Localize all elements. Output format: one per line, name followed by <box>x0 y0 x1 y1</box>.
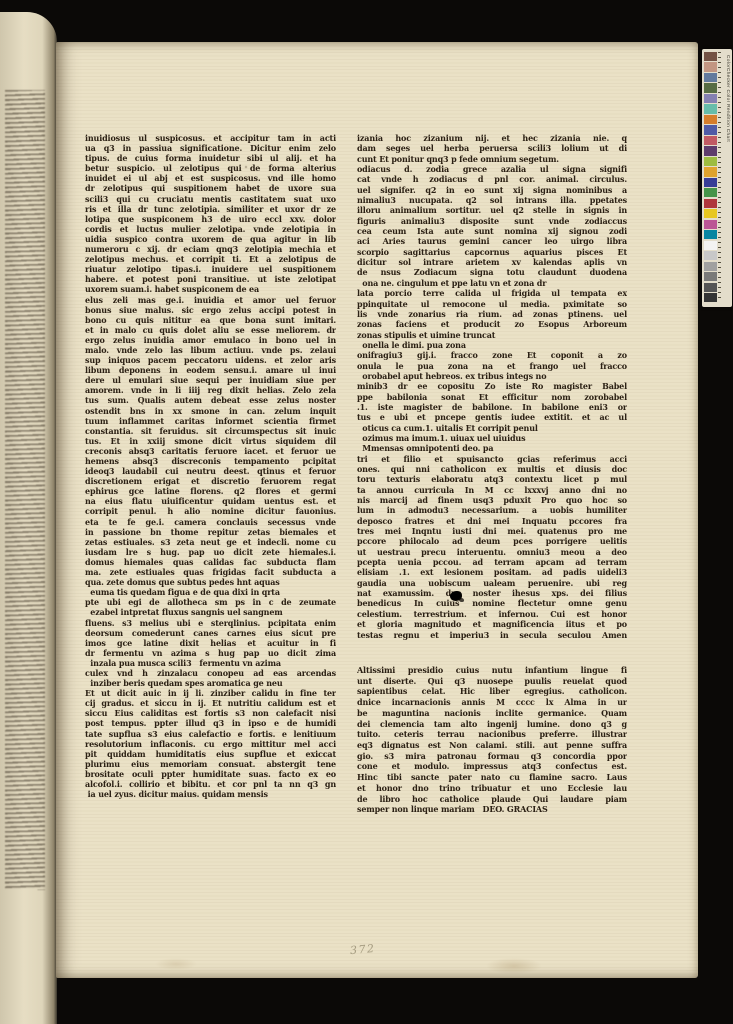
color-patch-red <box>704 199 717 208</box>
text-line: ia uel zyus. dicitur maius. quidam mensi… <box>85 789 336 799</box>
text-line: resolutorium inflaconis. cu ergo mittitu… <box>85 739 336 749</box>
text-column-right: izania hoc zizanium nij. et hec zizania … <box>357 133 627 640</box>
color-patch-bluish-green <box>704 104 717 113</box>
text-line: cat vnde h zodiacus d pnl cor. animal. c… <box>357 174 627 184</box>
text-line: riuatur zelotipo tipas.i. inuidere uel s… <box>85 264 336 274</box>
text-line: inuidet ei ul abj et est suspicosus. vnd… <box>85 173 336 183</box>
text-line: inuidiosus ul suspicosus. et accipitur t… <box>85 133 336 143</box>
text-line: ma. zete estiuales quas frigidas facit s… <box>85 567 336 577</box>
text-line: ut uestrau precu interuentu. omniu3 meou… <box>357 547 627 557</box>
text-line: pccore philocalo ad deum pces porrigere … <box>357 536 627 546</box>
text-line: zetas estiuales. s3 zeta neut ge et inde… <box>85 537 336 547</box>
text-line: post tempus. ppter illud q3 in ipso e de… <box>85 718 336 728</box>
text-line: ergo zelus inuidia amor emulaco in bono … <box>85 335 336 345</box>
text-line: deorsum comederunt canes carnes eius sic… <box>85 628 336 638</box>
text-line: pit quiddam humiditatis eius supflue et … <box>85 749 336 759</box>
text-line: gaudia una uobiscum ualeam peruenire. ub… <box>357 578 627 588</box>
text-line: ostendit bns in xx smone in can. zelum i… <box>85 406 336 416</box>
text-line: tuum inflammet caritas informet scientia… <box>85 416 336 426</box>
text-line: de nsus Zodiacum signa totu claudunt duo… <box>357 267 627 277</box>
text-line: illoru animalium sortitur. uel q2 stelle… <box>357 205 627 215</box>
text-line: uxorem suam.i. habet suspiconem de ea <box>85 284 336 294</box>
color-patch-blue <box>704 178 717 187</box>
text-line: Mmensas omnipotenti deo. pa <box>357 443 627 453</box>
text-line: dr zelotipus qui suspitionem habet de ux… <box>85 183 336 193</box>
text-line: semper non linque mariam DEO. GRACIAS <box>357 804 627 815</box>
text-line: tate supflua s3 eius calefactio e fortis… <box>85 729 336 739</box>
color-patch-dark-skin <box>704 52 717 61</box>
text-line: dam seges uel herba peruersa scili3 loli… <box>357 143 627 153</box>
text-line: dnice incarnacionis annis M cccc lx Alma… <box>357 697 627 708</box>
text-line: sup iniquos pacem peccatoru uidens. et z… <box>85 355 336 365</box>
color-patch-white <box>704 241 717 250</box>
text-line: ppinquitate ul remocone ul media. pximit… <box>357 299 627 309</box>
text-line: uidia suspico contra uxorem de qua agitu… <box>85 234 336 244</box>
text-line: celestium. terrestrium. et infernou. Cui… <box>357 609 627 619</box>
text-line: bonus siue malus. sic ergo zelus accipi … <box>85 305 336 315</box>
text-line: dr fermentu vn azima s hug pap uo dicit … <box>85 648 336 658</box>
text-line: benedicus In cuius nomine flectetur omne… <box>357 598 627 608</box>
text-line: odiacus d. zodia grece azalia ul signa s… <box>357 164 627 174</box>
text-line: tri et filio et spuisancto gcias referim… <box>357 454 627 464</box>
text-line: oticus ca cum.1. uitalis Et corripit pen… <box>357 423 627 433</box>
text-line: zelotipus mechus. et corripit ti. Et a z… <box>85 254 336 264</box>
text-line: .1. iste magister de babilone. In babilo… <box>357 402 627 412</box>
text-line: dicitur sol intrare arietem xv kalendas … <box>357 257 627 267</box>
color-patch-column <box>704 52 718 307</box>
text-line: lum in admodu3 necessarium. a uobis humi… <box>357 505 627 515</box>
text-line: ua q3 in passiua significatione. Dicitur… <box>85 143 336 153</box>
text-line: orobabel aput hebreos. ex tribus integs … <box>357 371 627 381</box>
color-patch-yellow <box>704 209 717 218</box>
text-line: fluens. s3 melius ubi e sterqlinius. pci… <box>85 618 336 628</box>
colophon-block: Altissimi presidio cuius nutu infantium … <box>357 665 627 815</box>
text-line: bono cu quis nititur ea que bona sunt im… <box>85 315 336 325</box>
color-patch-orange <box>704 115 717 124</box>
text-line: inzala pua musca scili3 fermentu vn azim… <box>85 658 336 668</box>
text-line: nat examussim. dns noster ihesus xps. de… <box>357 588 627 598</box>
text-line: dere ul emulari siue sequi per inuidiam … <box>85 375 336 385</box>
color-patch-purplish-blue <box>704 125 717 134</box>
color-patch-magenta <box>704 220 717 229</box>
text-line: be maguntina nacionis inclite germanice.… <box>357 708 627 719</box>
text-line: ideoq3 laudabil cui neutru deest. qtinus… <box>85 466 336 476</box>
text-line: ezabel intpretat fluxus sangnis uel sang… <box>85 607 336 617</box>
text-line: lotipa que suspiconem h3 de uiro eccl xx… <box>85 214 336 224</box>
text-line: ephirus gce latine florens. q2 flores et… <box>85 486 336 496</box>
color-checker-bar: ColorChecker Color Rendition Chart <box>702 49 732 307</box>
folio-number: 372 <box>349 942 376 957</box>
text-line: Altissimi presidio cuius nutu infantium … <box>357 665 627 676</box>
text-line: zonas stipulis et uimine truncat <box>357 330 627 340</box>
text-line: testas regnu et imperiu3 in secula secul… <box>357 630 627 640</box>
text-line: cea ceum Ista aute sunt nomina xij signo… <box>357 226 627 236</box>
text-line: onifragiu3 gij.i. fracco zone Et coponit… <box>357 350 627 360</box>
text-line: elisiam .1. ext lesionem positam. ad pad… <box>357 567 627 577</box>
text-line: pte ubi egi de allotheca sm ps in c de z… <box>85 597 336 607</box>
text-line: gio. s3 mira patronau formau q3 concordi… <box>357 751 627 762</box>
text-line: imos gce latine dixit helias et acuitur … <box>85 638 336 648</box>
text-line: ppe babilonia sonat Et efficitur nom zor… <box>357 392 627 402</box>
text-line: ris et illa dr tunc zelotipia. similiter… <box>85 204 336 214</box>
text-line: deposco fratres et dni mei Inquatu pccor… <box>357 516 627 526</box>
text-line: onula le pua zona na et frango uel fracc… <box>357 361 627 371</box>
color-patch-black <box>704 293 717 302</box>
text-line: hemens absq3 discreconis tempamento pcip… <box>85 456 336 466</box>
text-line: brositate oculi ppter humiditate suas. f… <box>85 769 336 779</box>
text-line: culex vnd h zinzalacu conopeu ad eas arc… <box>85 668 336 678</box>
text-line: Hinc tibi sancte pater nato cu flamine s… <box>357 772 627 783</box>
text-line: plurimu eius memoriam consuat. abstergit… <box>85 759 336 769</box>
color-patch-blue-flower <box>704 94 717 103</box>
color-patch-green <box>704 188 717 197</box>
text-line: habere. et potest poni transitiue. ut is… <box>85 274 336 284</box>
text-line: libum deponens in eodem sensu.i. amare u… <box>85 365 336 375</box>
text-line: scili3 qui cu cruciatu mentis castitatem… <box>85 194 336 204</box>
color-patch-neutral-8 <box>704 251 717 260</box>
text-line: nis marcij ad finem usq3 pduxit Pro quo … <box>357 495 627 505</box>
text-line: corripit penul. h alio nomine dicitur fa… <box>85 506 336 516</box>
text-line: eta te fe ge.i. camera conclauis secessu… <box>85 517 336 527</box>
text-line: unt diserte. Qui q3 nuosepe puulis reuel… <box>357 676 627 687</box>
text-line: ta annou curricula In M cc lxxxvj anno d… <box>357 485 627 495</box>
text-line: et in malo cu quis dolet aliu se esse me… <box>85 325 336 335</box>
text-line: sapientibus celat. Hic liber egregius. c… <box>357 686 627 697</box>
color-patch-neutral-5 <box>704 272 717 281</box>
text-line: tus sum. Qualis autem debeat esse zelus … <box>85 395 336 405</box>
text-line: cunt Et ponitur qnq3 p fede omnium seget… <box>357 154 627 164</box>
text-line: tres mei Inqntu iusti dni mei. quatenus … <box>357 526 627 536</box>
text-line: iusdam lre s hug. pap uo dicit zete hiem… <box>85 547 336 557</box>
text-line: cone et modulo. impressus atq3 confectus… <box>357 761 627 772</box>
book-page: inuidiosus ul suspicosus. et accipitur t… <box>56 42 698 978</box>
text-line: dei clemencia tam alto ingenij lumine. d… <box>357 719 627 730</box>
text-line: ones. qui nni catholicon ex multis et di… <box>357 464 627 474</box>
color-patch-cyan <box>704 230 717 239</box>
text-line: de libro hoc catholice plaude Qui laudar… <box>357 794 627 805</box>
text-line: ozimus ma imum.1. uiuax uel uiuidus <box>357 433 627 443</box>
text-line: zonas faciens et producit zo Esopus Arbo… <box>357 319 627 329</box>
text-line: ona ne. cingulum et ppe latu vn et zona … <box>357 278 627 288</box>
text-line: lis vnde zonarius ria rium. ad zonas pti… <box>357 309 627 319</box>
text-column-left: inuidiosus ul suspicosus. et accipitur t… <box>85 133 336 799</box>
text-line: eq3 dignatus est Non calami. stili. aut … <box>357 740 627 751</box>
text-line: creconis absq3 caritatis feruore iacet. … <box>85 446 336 456</box>
text-line: et gloria magnitudo et magnificencia iit… <box>357 619 627 629</box>
text-line: qua. zete domus que subtus pedes hnt aqu… <box>85 577 336 587</box>
text-line: amorem. vnde in li iiij reg dixit helias… <box>85 385 336 395</box>
text-line: aci Aries taurus gemini cancer leo uirgo… <box>357 236 627 246</box>
ink-blot <box>450 591 462 601</box>
text-line: discretionem erigat et discretio feruore… <box>85 476 336 486</box>
text-line: tus. Et in xxiij smone dicit virtus siqu… <box>85 436 336 446</box>
text-line: scorpio sagittarius capcornus aquarius p… <box>357 247 627 257</box>
text-line: et honor dno trino tribuatur et uno Eccl… <box>357 783 627 794</box>
text-line: tipus. de cuius forma inuidetur sibi ul … <box>85 153 336 163</box>
text-line: malo. vnde zelo las libum actiuu. vnde p… <box>85 345 336 355</box>
text-line: toru texturis elaboratu atq3 contextu li… <box>357 474 627 484</box>
text-line: nimaliu3 nucupata. q2 sol intrans illa. … <box>357 195 627 205</box>
text-line: tus e ubi et pncepe gentis iudee extitit… <box>357 412 627 422</box>
text-line: pcepta uenia pccou. ad terram apcam ad t… <box>357 557 627 567</box>
text-line: izania hoc zizanium nij. et hec zizania … <box>357 133 627 143</box>
text-line: cordis et luctus mulier zelotipa. vnde z… <box>85 224 336 234</box>
color-bar-label: ColorChecker Color Rendition Chart <box>721 49 730 307</box>
text-line: figuris animaliu3 disposite sunt vnde zo… <box>357 216 627 226</box>
text-line: Et ut dicit auic in ij li. zinziber cali… <box>85 688 336 698</box>
facing-page-showthrough-text <box>5 90 45 890</box>
color-patch-orange-yellow <box>704 167 717 176</box>
facing-page-fore-edge <box>0 12 57 1024</box>
text-line: domus hiemales quas calidas fac subducta… <box>85 557 336 567</box>
color-patch-neutral-65 <box>704 262 717 271</box>
text-line: na eius flatu uiuificentur quidam uentus… <box>85 496 336 506</box>
text-line: uel signifer. q2 in eo sunt xij signa no… <box>357 185 627 195</box>
text-line: in passione bn thome repitur zetas biema… <box>85 527 336 537</box>
scan-background: inuidiosus ul suspicosus. et accipitur t… <box>0 0 733 1024</box>
text-line: numeroru c xij. dr eciam qnq3 zelotipia … <box>85 244 336 254</box>
text-line: euma tis quedam figua e de qua dixi in q… <box>85 587 336 597</box>
text-line: minib3 dr ee copositu Zo iste Ro magiste… <box>357 381 627 391</box>
text-line: alcofol.i. collirio et bibitu. et cor pn… <box>85 779 336 789</box>
text-line: constantia. sit feruidus. sit circumspec… <box>85 426 336 436</box>
color-patch-yellow-green <box>704 157 717 166</box>
text-line: siccu Eius caliditas est fortis s3 non c… <box>85 708 336 718</box>
text-line: onella le dimi. pua zona <box>357 340 627 350</box>
color-patch-neutral-35 <box>704 283 717 292</box>
color-patch-purple <box>704 146 717 155</box>
text-line: elus zeli mas ge.i. inuidia et amor uel … <box>85 295 336 305</box>
color-patch-blue-sky <box>704 73 717 82</box>
text-line: tuito. ceteris terrau nacionibus preferr… <box>357 729 627 740</box>
text-line: cij gradus. et siccu in ij. Et nutritiu … <box>85 698 336 708</box>
color-patch-light-skin <box>704 62 717 71</box>
text-line: betur suspicio. ul zelotipus qui de form… <box>85 163 336 173</box>
text-line: inziber beris quedam spes aromatica ge n… <box>85 678 336 688</box>
text-line: lata porcio terre calida ul frigida ul t… <box>357 288 627 298</box>
color-patch-foliage <box>704 83 717 92</box>
color-patch-moderate-red <box>704 136 717 145</box>
